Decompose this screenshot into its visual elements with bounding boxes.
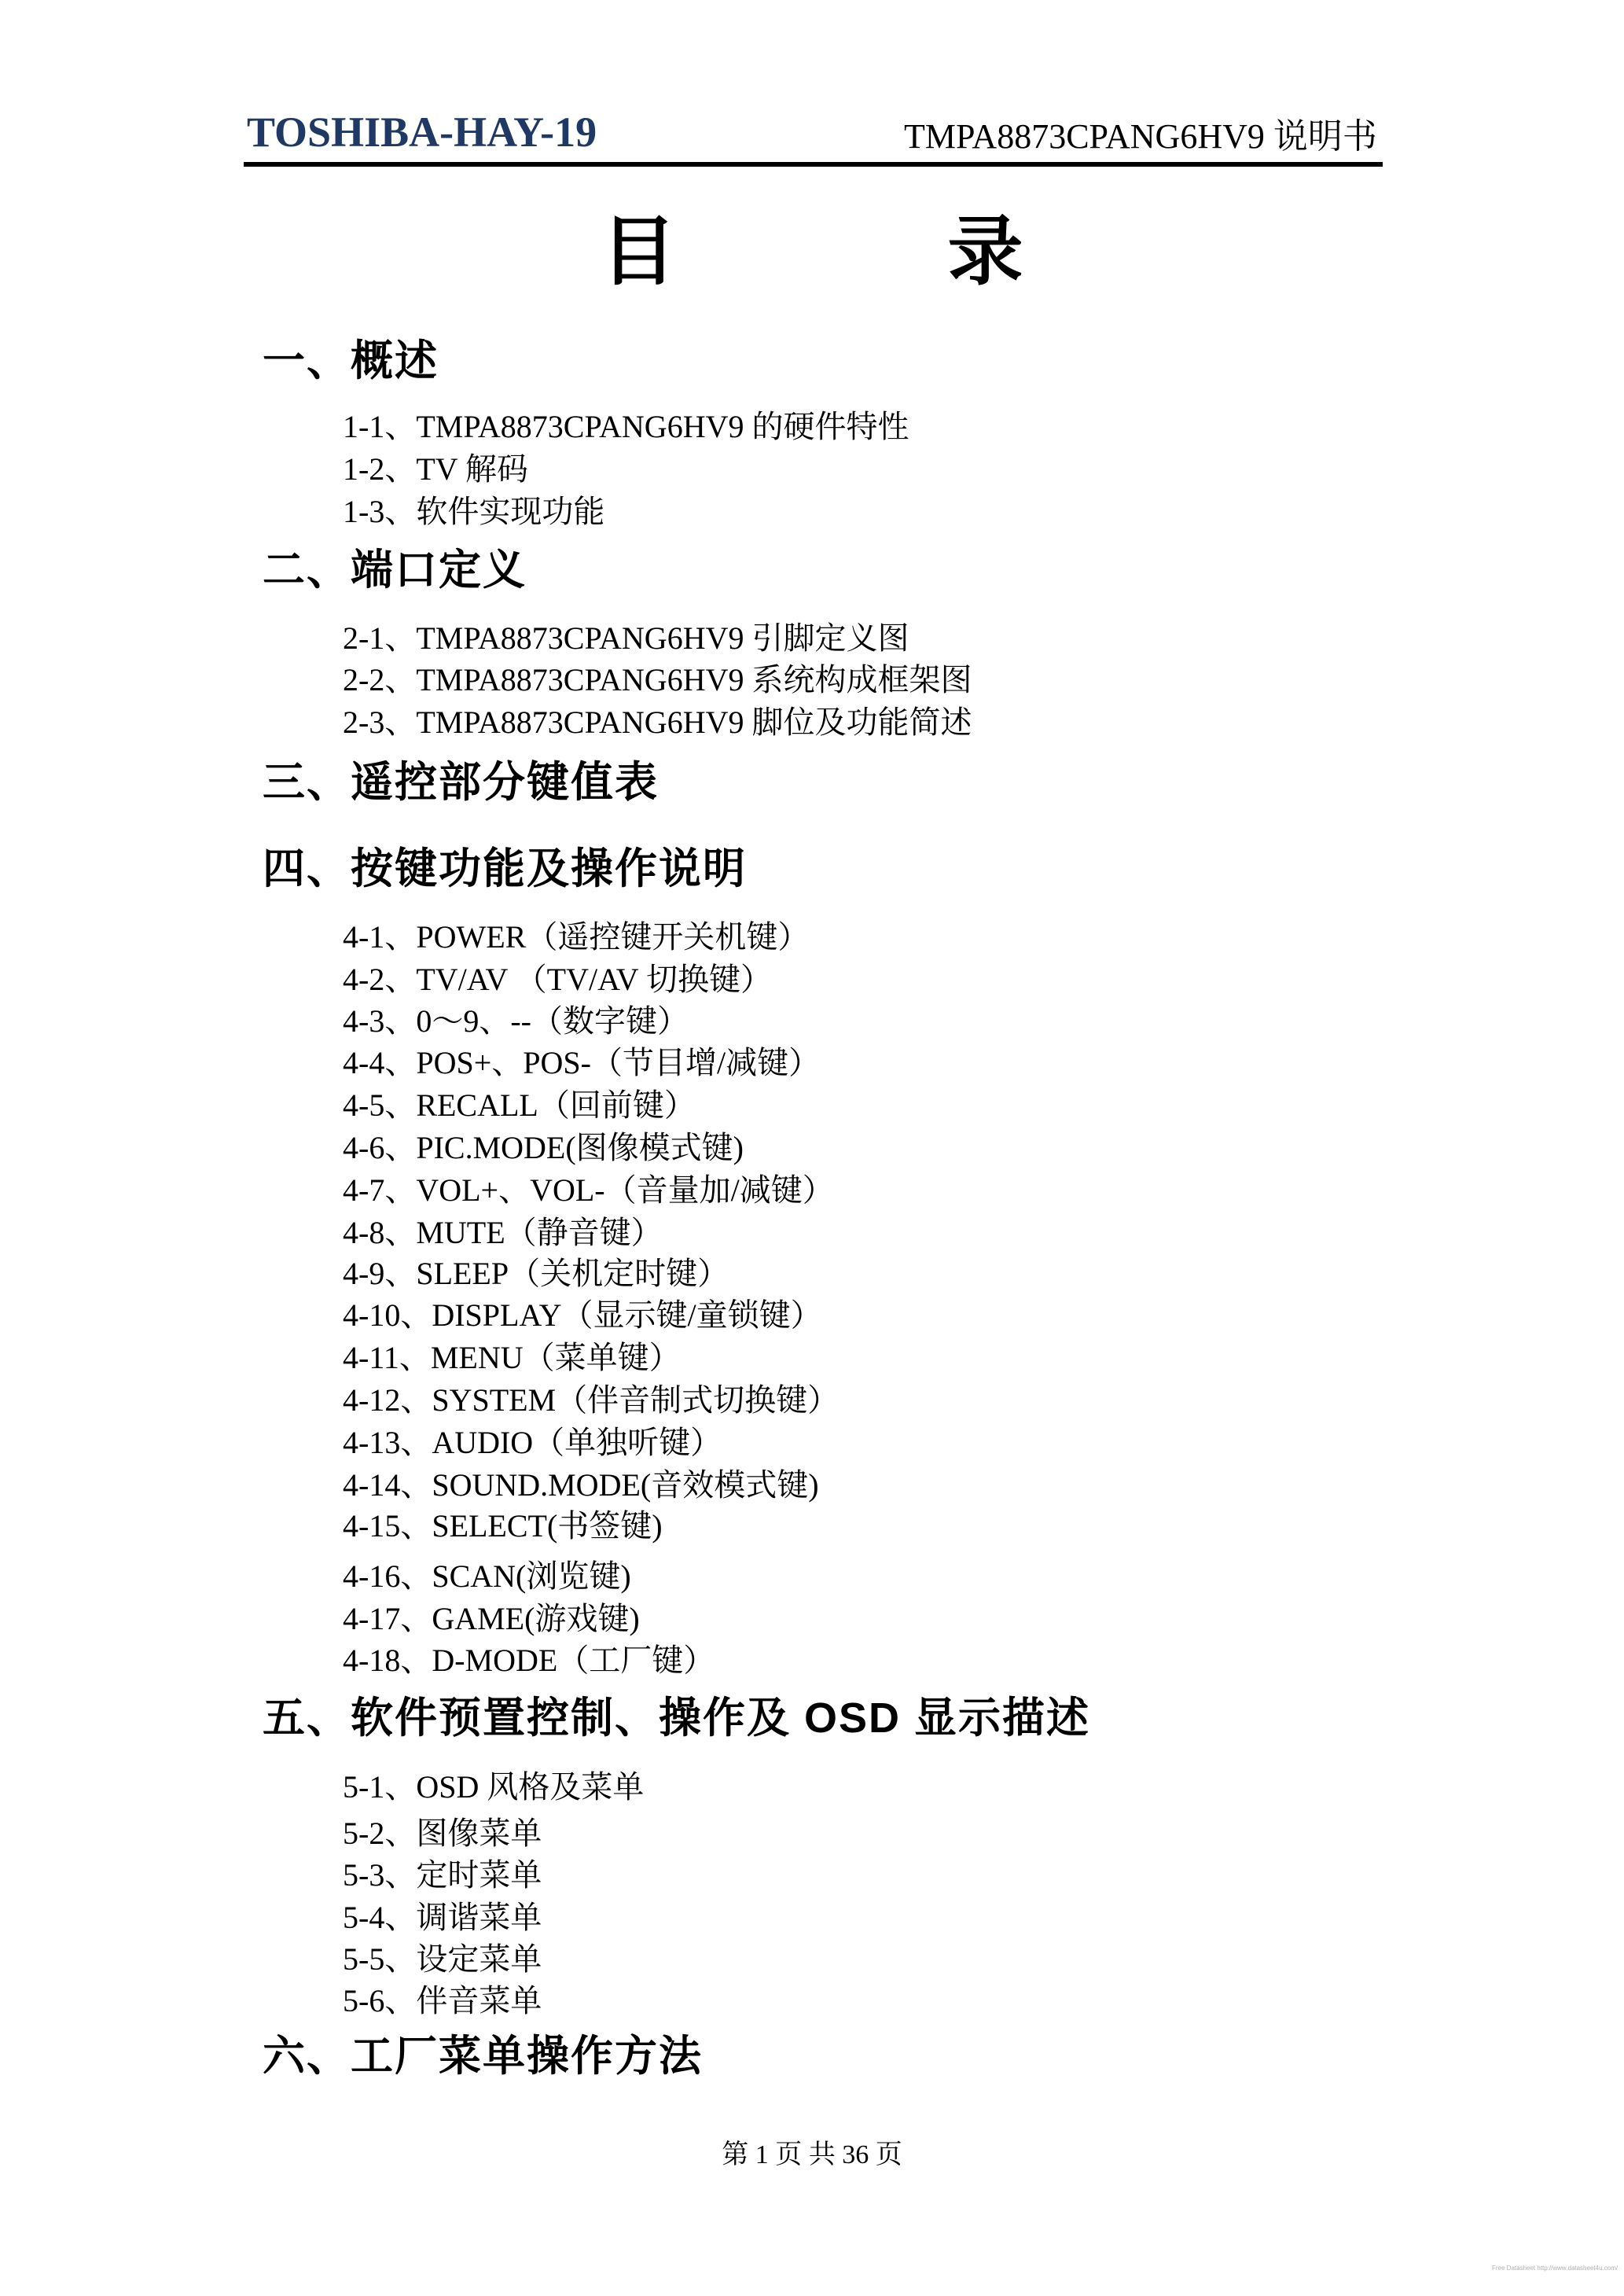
toc-item-5-3: 5-3、定时菜单 — [343, 1860, 542, 1891]
toc-item-4-18: 4-18、D-MODE（工厂键） — [343, 1645, 715, 1676]
toc-item-4-16: 4-16、SCAN(浏览键) — [343, 1561, 631, 1592]
toc-item-4-4: 4-4、POS+、POS-（节目增/减键） — [343, 1047, 820, 1079]
toc-item-4-17: 4-17、GAME(游戏键) — [343, 1603, 640, 1635]
toc-item-4-15: 4-15、SELECT(书签键) — [343, 1510, 663, 1542]
toc-item-4-7: 4-7、VOL+、VOL-（音量加/减键） — [343, 1175, 834, 1206]
page-number-indicator: 第 1 页 共 36 页 — [0, 2132, 1624, 2171]
header-doc-ref: TMPA8873CPANG6HV9 说明书 — [904, 120, 1377, 154]
toc-item-4-3: 4-3、0～9、--（数字键） — [343, 1006, 689, 1037]
toc-item-2-2: 2-2、TMPA8873CPANG6HV9 系统构成框架图 — [343, 664, 972, 696]
toc-item-4-14: 4-14、SOUND.MODE(音效模式键) — [343, 1470, 819, 1501]
toc-item-4-6: 4-6、PIC.MODE(图像模式键) — [343, 1132, 744, 1164]
page-title-char-left: 目 — [601, 211, 677, 294]
toc-item-5-5: 5-5、设定菜单 — [343, 1944, 542, 1975]
toc-section-heading-3: 三、遥控部分键值表 — [263, 761, 659, 804]
toc-item-4-11: 4-11、MENU（菜单键） — [343, 1342, 681, 1374]
header-rule — [244, 162, 1383, 167]
toc-section-heading-4: 四、按键功能及操作说明 — [263, 848, 747, 890]
toc-section-heading-6: 六、工厂菜单操作方法 — [263, 2035, 703, 2077]
toc-section-heading-5: 五、软件预置控制、操作及 OSD 显示描述 — [263, 1697, 1090, 1739]
page-title-char-right: 录 — [948, 211, 1023, 294]
toc-item-4-10: 4-10、DISPLAY（显示键/童锁键） — [343, 1300, 822, 1331]
page-title: 目 录 — [0, 211, 1624, 294]
document-page: TOSHIBA-HAY-19 TMPA8873CPANG6HV9 说明书 目 录… — [0, 0, 1624, 2296]
toc-item-4-13: 4-13、AUDIO（单独听键） — [343, 1427, 722, 1459]
toc-section-heading-1: 一、概述 — [263, 340, 439, 382]
toc-item-2-3: 2-3、TMPA8873CPANG6HV9 脚位及功能简述 — [343, 707, 972, 738]
toc-item-4-2: 4-2、TV/AV （TV/AV 切换键） — [343, 964, 772, 995]
toc-section-heading-2: 二、端口定义 — [263, 549, 527, 591]
toc-item-5-2: 5-2、图像菜单 — [343, 1818, 542, 1849]
toc-item-2-1: 2-1、TMPA8873CPANG6HV9 引脚定义图 — [343, 623, 909, 654]
toc-item-4-1: 4-1、POWER（遥控键开关机键） — [343, 922, 809, 953]
toc-item-4-9: 4-9、SLEEP（关机定时键） — [343, 1258, 729, 1290]
toc-item-4-8: 4-8、MUTE（静音键） — [343, 1217, 663, 1249]
toc-item-1-1: 1-1、TMPA8873CPANG6HV9 的硬件特性 — [343, 411, 909, 443]
toc-item-5-6: 5-6、伴音菜单 — [343, 1985, 542, 2017]
watermark-text: Free Datasheet http://www.datasheet4u.co… — [1492, 2265, 1618, 2272]
toc-item-4-12: 4-12、SYSTEM（伴音制式切换键） — [343, 1385, 839, 1416]
toc-item-5-4: 5-4、调谐菜单 — [343, 1902, 542, 1934]
toc-item-5-1: 5-1、OSD 风格及菜单 — [343, 1772, 644, 1803]
toc-item-1-3: 1-3、软件实现功能 — [343, 496, 604, 528]
toc-item-1-2: 1-2、TV 解码 — [343, 454, 528, 485]
header-brand: TOSHIBA-HAY-19 — [247, 111, 597, 153]
toc-item-4-5: 4-5、RECALL（回前键） — [343, 1090, 696, 1121]
